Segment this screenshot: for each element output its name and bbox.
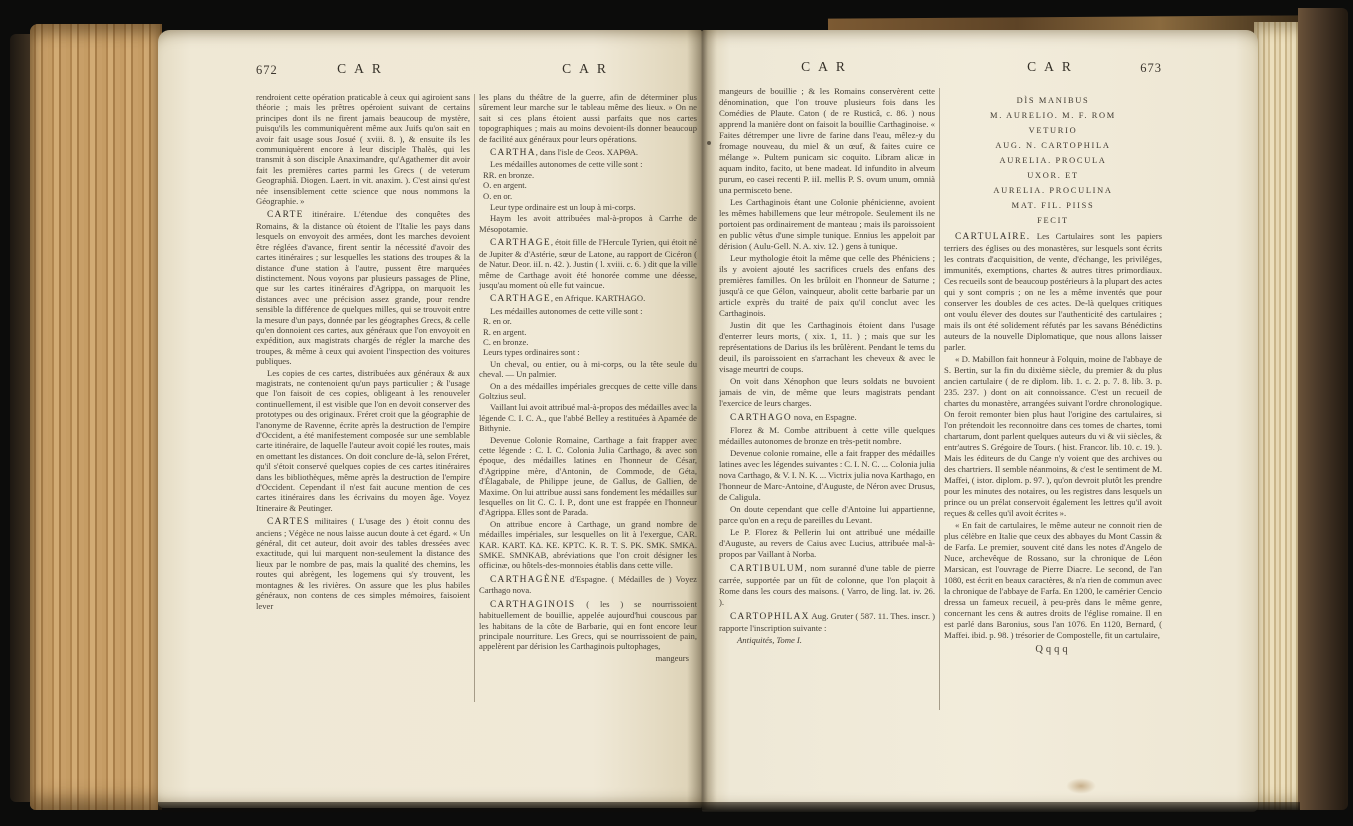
text-column-4: DÌS MANIBUSM. AURELIO. M. F. ROMVETURIOA… bbox=[944, 86, 1162, 746]
text-paragraph: UXOR. ET bbox=[944, 168, 1162, 183]
entry-headword: CARTIBULUM bbox=[730, 564, 804, 574]
text-paragraph: Leurs types ordinaires sont : bbox=[479, 347, 697, 357]
text-paragraph: RR. en bronze. bbox=[479, 170, 697, 180]
text-paragraph: AUG. N. CARTOPHILA bbox=[944, 138, 1162, 153]
text-paragraph: Florez & M. Combe attribuent à cette vil… bbox=[719, 425, 935, 447]
text-paragraph: « En fait de cartulaires, le même auteur… bbox=[944, 520, 1162, 641]
page-number-right: 673 bbox=[1102, 61, 1162, 76]
entry-headword: CARTHAGO bbox=[730, 413, 792, 423]
text-paragraph: rendroient cette opération praticable à … bbox=[256, 92, 470, 206]
text-paragraph: CARTHAGO nova, en Espagne. bbox=[719, 412, 935, 424]
text-paragraph: AURELIA. PROCULINA bbox=[944, 183, 1162, 198]
text-paragraph: CARTHAGE, étoit fille de l'Hercule Tyrie… bbox=[479, 237, 697, 290]
text-paragraph: CARTHA, dans l'isle de Ceos. ΧΑΡΘΑ. bbox=[479, 147, 697, 158]
text-paragraph: Vaillant lui avoit attribué mal-à-propos… bbox=[479, 402, 697, 433]
book-cover-right bbox=[1298, 8, 1348, 810]
text-paragraph: Le P. Florez & Pellerin lui ont attribué… bbox=[719, 527, 935, 560]
text-paragraph: Qqqq bbox=[944, 644, 1162, 655]
entry-headword: CARTULAIRE. bbox=[955, 232, 1030, 242]
text-paragraph: mangeurs bbox=[479, 653, 697, 663]
text-paragraph: O. en or. bbox=[479, 191, 697, 201]
text-paragraph: CARTE itinéraire. L'étendue des conquête… bbox=[256, 209, 470, 366]
text-paragraph: R. en or. bbox=[479, 316, 697, 326]
running-head-left-1: CAR bbox=[256, 61, 470, 77]
text-paragraph: les plans du théâtre de la guerre, afin … bbox=[479, 92, 697, 144]
text-column-1: rendroient cette opération praticable à … bbox=[256, 92, 470, 744]
entry-headword: CARTHAGE bbox=[490, 238, 551, 248]
entry-headword: CARTHAGE bbox=[490, 294, 551, 304]
page-bottom-shadow bbox=[158, 802, 1300, 814]
margin-mark bbox=[707, 141, 711, 145]
entry-headword: CARTHAGINOIS bbox=[490, 600, 575, 610]
entry-headword: CARTHAGÈNE bbox=[490, 575, 566, 585]
text-paragraph: Leur type ordinaire est un loup à mi-cor… bbox=[479, 202, 697, 212]
text-paragraph: CARTIBULUM, nom suranné d'une table de p… bbox=[719, 563, 935, 608]
text-paragraph: Antiquités, Tome I. bbox=[719, 635, 935, 646]
text-paragraph: Leur mythologie étoit la même que celle … bbox=[719, 253, 935, 319]
running-head-right-1: CAR bbox=[719, 59, 935, 75]
text-paragraph: On voit dans Xénophon que leurs soldats … bbox=[719, 376, 935, 409]
entry-headword: CARTES bbox=[267, 517, 310, 527]
page-fore-edge-left bbox=[30, 24, 162, 810]
text-paragraph: MAT. FIL. PIISS bbox=[944, 198, 1162, 213]
text-paragraph: VETURIO bbox=[944, 123, 1162, 138]
text-paragraph: « D. Mabillon fait honneur à Folquin, mo… bbox=[944, 354, 1162, 519]
text-paragraph: DÌS MANIBUS bbox=[944, 93, 1162, 108]
text-paragraph: M. AURELIO. M. F. ROM bbox=[944, 108, 1162, 123]
text-paragraph: Devenue Colonie Romaine, Carthage a fait… bbox=[479, 435, 697, 518]
entry-headword: CARTE bbox=[267, 210, 304, 220]
running-head-left-2: CAR bbox=[479, 61, 697, 77]
entry-headword: CARTHA bbox=[490, 148, 536, 158]
text-paragraph: Les Carthaginois étant une Colonie phéni… bbox=[719, 197, 935, 252]
text-paragraph: CARTHAGÈNE d'Espagne. ( Médailles de ) V… bbox=[479, 574, 697, 596]
text-paragraph: On a des médailles impériales grecques d… bbox=[479, 381, 697, 402]
text-paragraph: mangeurs de bouillie ; & les Romains con… bbox=[719, 86, 935, 196]
text-paragraph: Les médailles autonomes de cette ville s… bbox=[479, 306, 697, 316]
text-paragraph: On doute cependant que celle d'Antoine l… bbox=[719, 504, 935, 526]
text-paragraph: CARTES militaires ( L'usage des ) étoit … bbox=[256, 516, 470, 611]
text-paragraph: Devenue colonie romaine, elle a fait fra… bbox=[719, 448, 935, 503]
text-column-3: mangeurs de bouillie ; & les Romains con… bbox=[719, 86, 935, 746]
text-paragraph: C. en bronze. bbox=[479, 337, 697, 347]
text-paragraph: Haym les avoit attribuées mal-à-propos à… bbox=[479, 213, 697, 234]
text-paragraph: R. en argent. bbox=[479, 327, 697, 337]
text-paragraph: CARTHAGINOIS ( les ) se nourrissoient ha… bbox=[479, 599, 697, 652]
text-column-2: les plans du théâtre de la guerre, afin … bbox=[479, 92, 697, 744]
text-paragraph: Un cheval, ou entier, ou à mi-corps, ou … bbox=[479, 359, 697, 380]
book-photograph: 672 CAR CAR CAR CAR 673 rendroient cette… bbox=[0, 0, 1353, 826]
text-paragraph: FECIT bbox=[944, 213, 1162, 228]
text-paragraph: O. en argent. bbox=[479, 180, 697, 190]
text-paragraph: Les copies de ces cartes, distribuées au… bbox=[256, 368, 470, 514]
text-paragraph: CARTHAGE, en Afrique. KARTHAGO. bbox=[479, 293, 697, 304]
text-paragraph: Justin dit que les Carthaginois étoient … bbox=[719, 320, 935, 375]
column-divider-right-page bbox=[939, 88, 940, 710]
text-paragraph: CARTOPHILAX Aug. Gruter ( 587. 11. Thes.… bbox=[719, 611, 935, 634]
text-paragraph: AURELIA. PROCULA bbox=[944, 153, 1162, 168]
text-paragraph: On attribue encore à Carthage, un grand … bbox=[479, 519, 697, 571]
column-divider-left-page bbox=[474, 94, 475, 702]
entry-headword: CARTOPHILAX bbox=[730, 612, 810, 622]
paper-stain bbox=[1066, 778, 1096, 794]
text-paragraph: CARTULAIRE. Les Cartulaires sont les pap… bbox=[944, 231, 1162, 353]
text-paragraph: Les médailles autonomes de cette ville s… bbox=[479, 159, 697, 169]
